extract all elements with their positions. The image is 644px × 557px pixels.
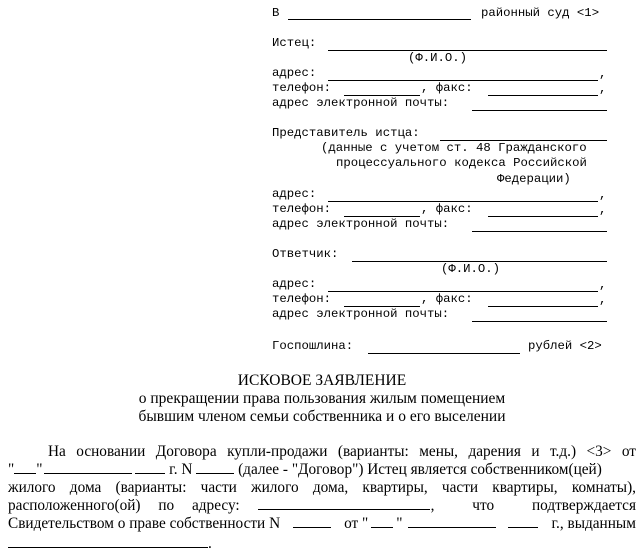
quote-close: "	[396, 515, 402, 533]
plaintiff-label: Истец:	[272, 36, 316, 51]
comma: ,	[599, 203, 606, 218]
court-suffix: районный суд <1>	[481, 6, 599, 21]
contract-day-field[interactable]	[14, 461, 36, 474]
plaintiff-fax-label: , факс:	[421, 81, 473, 96]
body-line-2-text: (далее - "Договор") Истец является собст…	[238, 461, 602, 478]
body-line-1: На основании Договора купли-продажи (вар…	[48, 443, 636, 461]
certificate-month-field[interactable]	[408, 515, 496, 528]
defendant-phone-label: телефон:	[272, 292, 331, 307]
representative-phone-label: телефон:	[272, 202, 331, 217]
representative-note-line2: процессуального кодекса Российской	[336, 156, 587, 171]
certificate-number-field[interactable]	[293, 515, 331, 528]
confirm-text: , что подтверждается	[431, 497, 636, 515]
body-line-3: жилого дома (варианты: части жилого дома…	[8, 479, 636, 497]
contract-number-field[interactable]	[196, 461, 234, 474]
comma: ,	[599, 278, 606, 293]
contract-month-field[interactable]	[44, 461, 132, 474]
representative-note-line1: (данные с учетом ст. 48 Гражданского	[321, 141, 587, 156]
defendant-email-label: адрес электронной почты:	[272, 307, 449, 322]
defendant-fax-field[interactable]	[488, 306, 598, 307]
from-label: от "	[344, 515, 368, 533]
issued-by-label: г., выданным	[551, 515, 635, 533]
fee-suffix: рублей <2>	[528, 339, 602, 354]
document-title: ИСКОВОЕ ЗАЯВЛЕНИЕ	[0, 372, 644, 390]
plaintiff-name-hint: (Ф.И.О.)	[408, 51, 467, 66]
representative-email-label: адрес электронной почты:	[272, 217, 449, 232]
plaintiff-name-field[interactable]	[328, 50, 607, 51]
defendant-email-field[interactable]	[472, 321, 607, 322]
court-name-field[interactable]	[288, 19, 471, 20]
plaintiff-fax-field[interactable]	[488, 95, 598, 96]
certificate-year-field[interactable]	[508, 515, 538, 528]
representative-fax-field[interactable]	[488, 216, 598, 217]
body-line-2: "" г. N (далее - "Договор") Истец являет…	[8, 461, 636, 479]
issuer-field[interactable]	[8, 535, 208, 548]
comma: ,	[599, 293, 606, 308]
document-subtitle-line2: бывшим членом семьи собственника и о его…	[0, 408, 644, 426]
document-subtitle-line1: о прекращении права пользования жилым по…	[0, 390, 644, 408]
plaintiff-email-field[interactable]	[472, 110, 607, 111]
certificate-label: Свидетельством о праве собственности N	[8, 515, 280, 533]
defendant-fax-label: , факс:	[421, 292, 473, 307]
fee-label: Госпошлина:	[272, 339, 353, 354]
defendant-address-label: адрес:	[272, 277, 316, 292]
body-line-6: .	[8, 535, 636, 553]
property-address-field[interactable]	[258, 497, 430, 510]
plaintiff-address-label: адрес:	[272, 66, 316, 81]
court-prefix: В	[272, 6, 279, 21]
representative-address-label: адрес:	[272, 187, 316, 202]
certificate-day-field[interactable]	[371, 515, 393, 528]
representative-note-line3: Федерации)	[497, 172, 571, 187]
comma: ,	[599, 188, 606, 203]
plaintiff-phone-label: телефон:	[272, 81, 331, 96]
representative-email-field[interactable]	[472, 231, 607, 232]
body-line-4: расположенного(ой) по адресу: , что подт…	[8, 497, 636, 515]
plaintiff-email-label: адрес электронной почты:	[272, 96, 449, 111]
body-line-5: Свидетельством о праве собственности N о…	[8, 515, 636, 533]
defendant-label: Ответчик:	[272, 247, 338, 262]
year-number-label: г. N	[169, 461, 192, 478]
representative-label: Представитель истца:	[272, 126, 420, 141]
comma: ,	[599, 67, 606, 82]
fee-amount-field[interactable]	[368, 353, 520, 354]
representative-fax-label: , факс:	[421, 202, 473, 217]
address-label: расположенного(ой) по адресу:	[8, 497, 240, 515]
quote-close: "	[36, 461, 42, 478]
comma: ,	[599, 82, 606, 97]
period: .	[208, 535, 212, 552]
defendant-name-hint: (Ф.И.О.)	[441, 262, 500, 277]
contract-year-field[interactable]	[135, 461, 165, 474]
